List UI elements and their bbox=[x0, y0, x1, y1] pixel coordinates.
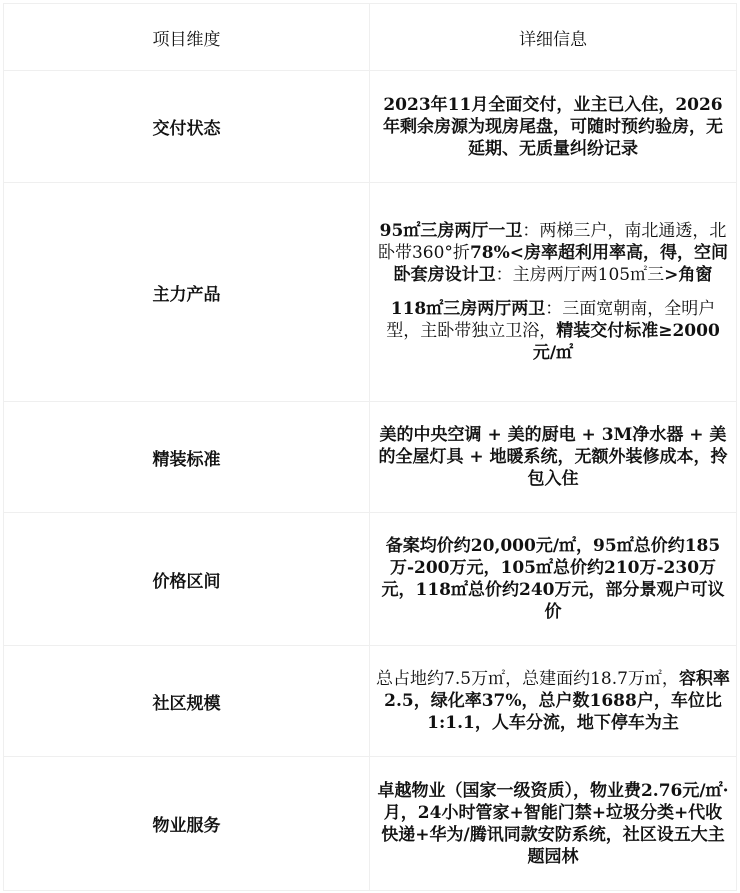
detail-text: 美的中央空调 + 美的厨电 + 3M净水器 + 美的全屋灯具 + 地暖系统，无额… bbox=[378, 425, 727, 489]
detail-text: 95㎡三房两厅一卫 bbox=[380, 221, 523, 241]
table-row: 价格区间备案均价约20,000元/㎡，95㎡总价约185万-200万元，105㎡… bbox=[4, 513, 737, 646]
detail-text: >角窗 bbox=[664, 265, 712, 285]
detail-text: 精装交付标准≥2000元/㎡ bbox=[533, 321, 720, 363]
table-row: 主力产品95㎡三房两厅一卫：两梯三户，南北通透，北卧带360°折78%<房率超利… bbox=[4, 183, 737, 402]
dimension-cell: 交付状态 bbox=[4, 71, 370, 183]
project-info-table: 项目维度 详细信息 交付状态2023年11月全面交付，业主已入住，2026年剩余… bbox=[3, 3, 737, 891]
detail-paragraph: 卓越物业（国家一级资质），物业费2.76元/㎡·月，24小时管家+智能门禁+垃圾… bbox=[376, 780, 730, 868]
detail-cell: 备案均价约20,000元/㎡，95㎡总价约185万-200万元，105㎡总价约2… bbox=[370, 513, 737, 646]
detail-paragraph: 118㎡三房两厅两卫：三面宽朝南，全明户型，主卧带独立卫浴，精装交付标准≥200… bbox=[376, 298, 730, 364]
dimension-cell: 主力产品 bbox=[4, 183, 370, 402]
detail-paragraph: 总占地约7.5万㎡，总建面约18.7万㎡，容积率2.5，绿化率37%，总户数16… bbox=[376, 668, 730, 734]
table-row: 社区规模总占地约7.5万㎡，总建面约18.7万㎡，容积率2.5，绿化率37%，总… bbox=[4, 646, 737, 757]
detail-text: 118㎡三房两厅两卫 bbox=[391, 299, 546, 319]
detail-cell: 美的中央空调 + 美的厨电 + 3M净水器 + 美的全屋灯具 + 地暖系统，无额… bbox=[370, 402, 737, 513]
detail-cell: 2023年11月全面交付，业主已入住，2026年剩余房源为现房尾盘，可随时预约验… bbox=[370, 71, 737, 183]
header-row: 项目维度 详细信息 bbox=[4, 4, 737, 71]
detail-cell: 95㎡三房两厅一卫：两梯三户，南北通透，北卧带360°折78%<房率超利用率高，… bbox=[370, 183, 737, 402]
header-detail: 详细信息 bbox=[370, 4, 737, 71]
detail-paragraph: 备案均价约20,000元/㎡，95㎡总价约185万-200万元，105㎡总价约2… bbox=[376, 535, 730, 623]
detail-text: 备案均价约20,000元/㎡，95㎡总价约185万-200万元，105㎡总价约2… bbox=[382, 536, 725, 622]
table-row: 物业服务卓越物业（国家一级资质），物业费2.76元/㎡·月，24小时管家+智能门… bbox=[4, 757, 737, 891]
detail-text: 卓越物业（国家一级资质），物业费2.76元/㎡·月，24小时管家+智能门禁+垃圾… bbox=[377, 781, 728, 867]
detail-cell: 卓越物业（国家一级资质），物业费2.76元/㎡·月，24小时管家+智能门禁+垃圾… bbox=[370, 757, 737, 891]
detail-paragraph: 美的中央空调 + 美的厨电 + 3M净水器 + 美的全屋灯具 + 地暖系统，无额… bbox=[376, 424, 730, 490]
dimension-cell: 物业服务 bbox=[4, 757, 370, 891]
detail-cell: 总占地约7.5万㎡，总建面约18.7万㎡，容积率2.5，绿化率37%，总户数16… bbox=[370, 646, 737, 757]
table-row: 精装标准美的中央空调 + 美的厨电 + 3M净水器 + 美的全屋灯具 + 地暖系… bbox=[4, 402, 737, 513]
dimension-cell: 价格区间 bbox=[4, 513, 370, 646]
dimension-cell: 社区规模 bbox=[4, 646, 370, 757]
detail-text: ：主房两厅两105㎡三 bbox=[496, 265, 664, 285]
header-dimension: 项目维度 bbox=[4, 4, 370, 71]
detail-paragraph: 95㎡三房两厅一卫：两梯三户，南北通透，北卧带360°折78%<房率超利用率高，… bbox=[376, 220, 730, 286]
detail-text: 总占地约7.5万㎡，总建面约18.7万㎡， bbox=[376, 669, 679, 689]
detail-text: 2023年11月全面交付，业主已入住，2026年剩余房源为现房尾盘，可随时预约验… bbox=[383, 95, 723, 159]
dimension-cell: 精装标准 bbox=[4, 402, 370, 513]
table-row: 交付状态2023年11月全面交付，业主已入住，2026年剩余房源为现房尾盘，可随… bbox=[4, 71, 737, 183]
detail-paragraph: 2023年11月全面交付，业主已入住，2026年剩余房源为现房尾盘，可随时预约验… bbox=[376, 94, 730, 160]
